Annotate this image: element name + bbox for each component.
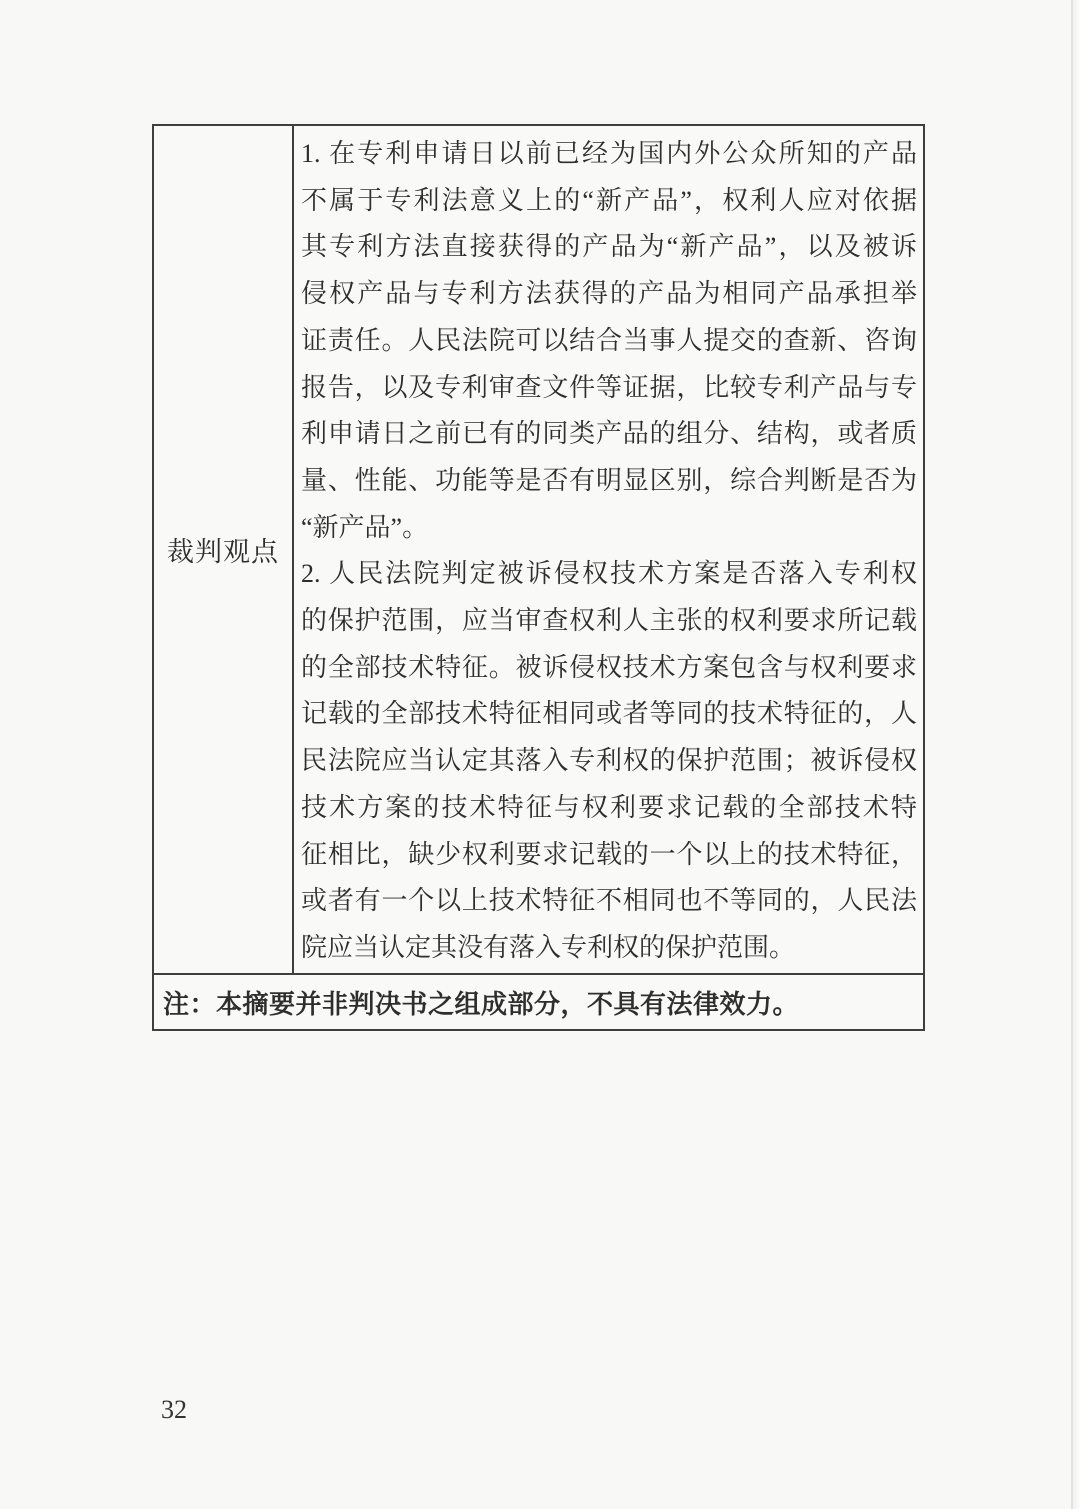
page-number: 32 [161,1395,187,1425]
row-header-label: 裁判观点 [167,530,279,569]
judgment-summary-table: 裁判观点 1. 在专利申请日以前已经为国内外公众所知的产品不属于专利法意义上的“… [152,124,925,1031]
content-line: 征相比，缺少权利要求记载的一个以上的技术特征， [301,832,917,879]
content-line: “新产品”。 [301,505,917,552]
content-line: 民法院应当认定其落入专利权的保护范围；被诉侵权 [301,738,917,785]
content-line: 的全部技术特征。被诉侵权技术方案包含与权利要求 [301,645,917,692]
note-row: 注：本摘要并非判决书之组成部分，不具有法律效力。 [154,973,923,1029]
content-line: 的保护范围，应当审查权利人主张的权利要求所记载 [301,598,917,645]
content-line: 侵权产品与专利方法获得的产品为相同产品承担举 [301,271,917,318]
opinion-row: 裁判观点 1. 在专利申请日以前已经为国内外公众所知的产品不属于专利法意义上的“… [154,126,923,973]
content-line: 报告，以及专利审查文件等证据，比较专利产品与专 [301,365,917,412]
content-line: 1. 在专利申请日以前已经为国内外公众所知的产品 [301,131,917,178]
content-line: 量、性能、功能等是否有明显区别，综合判断是否为 [301,458,917,505]
scan-edge-shadow [1071,0,1080,1509]
document-page: 裁判观点 1. 在专利申请日以前已经为国内外公众所知的产品不属于专利法意义上的“… [0,0,1080,1509]
opinion-content-cell: 1. 在专利申请日以前已经为国内外公众所知的产品不属于专利法意义上的“新产品”，… [294,126,923,973]
content-line: 利申请日之前已有的同类产品的组分、结构，或者质 [301,411,917,458]
content-line: 或者有一个以上技术特征不相同也不等同的，人民法 [301,878,917,925]
content-line: 不属于专利法意义上的“新产品”，权利人应对依据 [301,178,917,225]
content-line: 记载的全部技术特征相同或者等同的技术特征的，人 [301,691,917,738]
note-text: 注：本摘要并非判决书之组成部分，不具有法律效力。 [163,984,799,1021]
content-line: 证责任。人民法院可以结合当事人提交的查新、咨询 [301,318,917,365]
content-line: 技术方案的技术特征与权利要求记载的全部技术特 [301,785,917,832]
content-line: 其专利方法直接获得的产品为“新产品”，以及被诉 [301,224,917,271]
content-line: 院应当认定其没有落入专利权的保护范围。 [301,925,917,972]
row-header-cell: 裁判观点 [154,126,294,973]
content-line: 2. 人民法院判定被诉侵权技术方案是否落入专利权 [301,551,917,598]
